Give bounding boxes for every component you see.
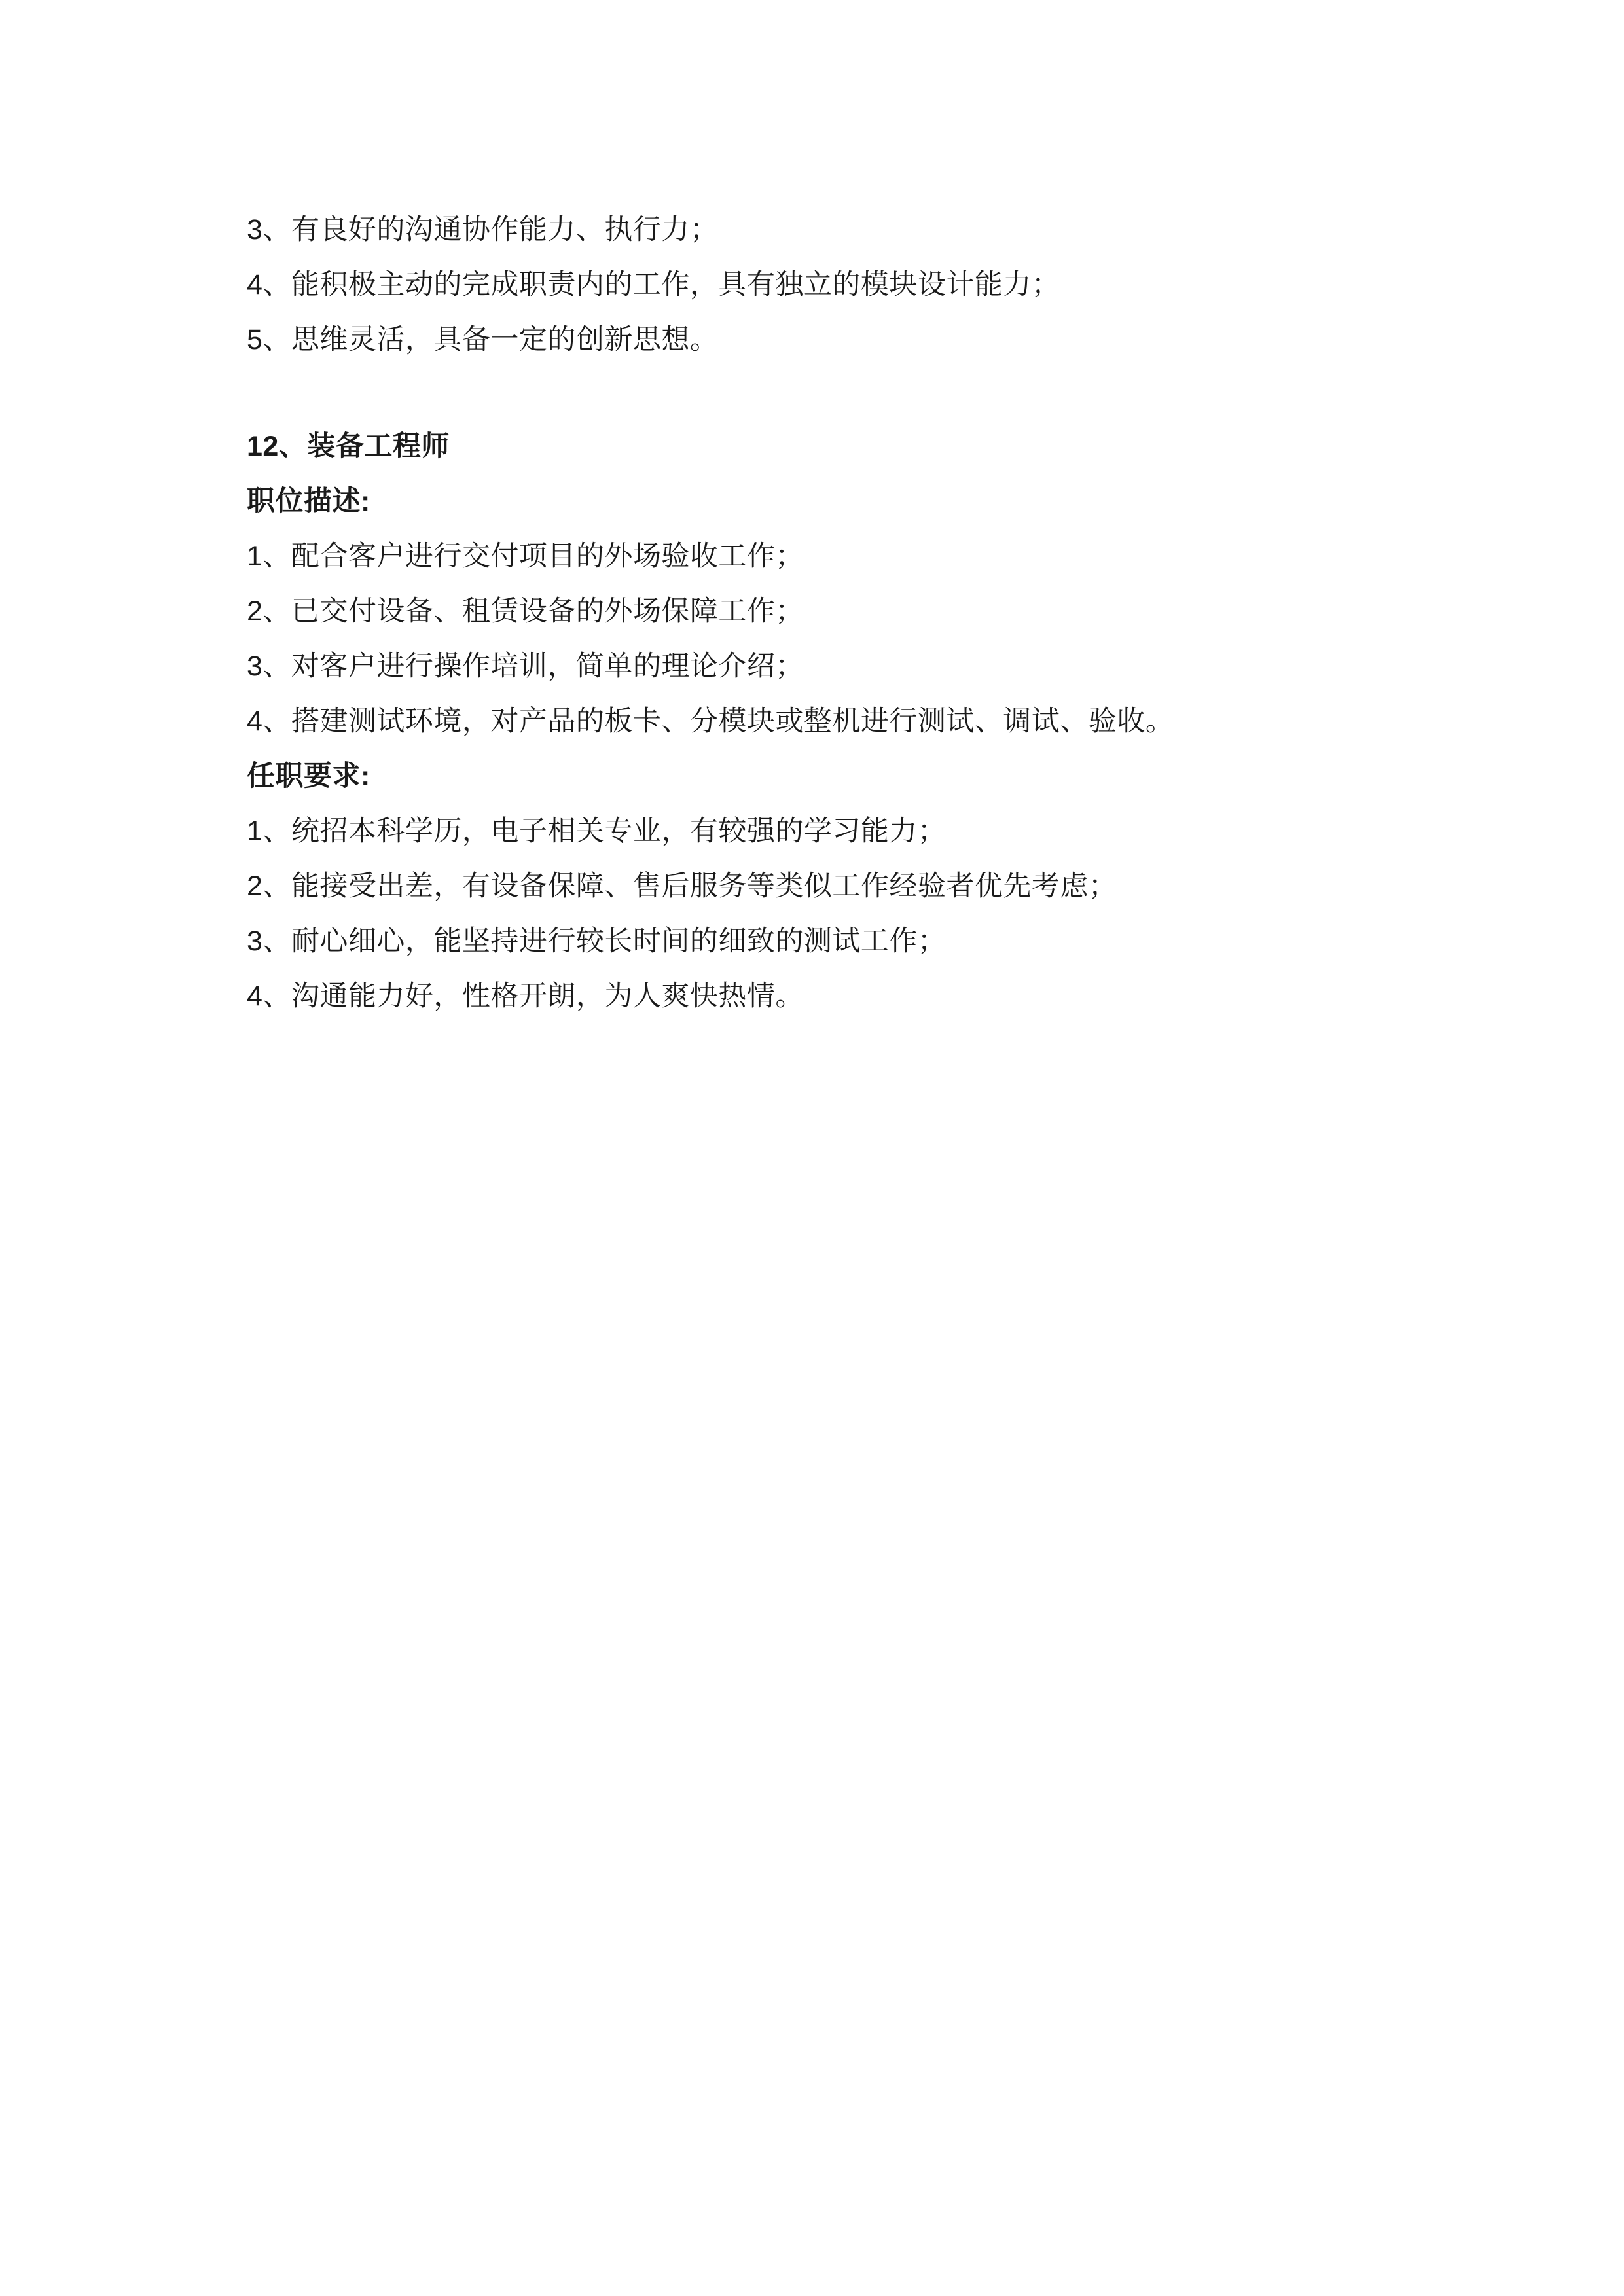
list-item-requirement-3: 3、耐心细心，能坚持进行较长时间的细致的测试工作； bbox=[247, 914, 1388, 969]
document-body: 3、有良好的沟通协作能力、执行力； 4、能积极主动的完成职责内的工作，具有独立的… bbox=[0, 0, 1624, 1024]
section-heading-job-title: 12、装备工程师 bbox=[247, 419, 1388, 474]
document-page: 3、有良好的沟通协作能力、执行力； 4、能积极主动的完成职责内的工作，具有独立的… bbox=[0, 0, 1624, 2296]
subheading-job-description: 职位描述: bbox=[247, 474, 1388, 529]
list-item-duty-4: 4、搭建测试环境，对产品的板卡、分模块或整机进行测试、调试、验收。 bbox=[247, 694, 1388, 749]
list-item-requirement-2: 2、能接受出差，有设备保障、售后服务等类似工作经验者优先考虑； bbox=[247, 859, 1388, 914]
list-item-prev-requirement-4: 4、能积极主动的完成职责内的工作，具有独立的模块设计能力； bbox=[247, 257, 1388, 312]
list-item-duty-1: 1、配合客户进行交付项目的外场验收工作； bbox=[247, 529, 1388, 584]
paragraph-spacer bbox=[247, 367, 1388, 419]
subheading-job-requirements: 任职要求: bbox=[247, 749, 1388, 804]
list-item-requirement-4: 4、沟通能力好，性格开朗，为人爽快热情。 bbox=[247, 969, 1388, 1024]
list-item-duty-3: 3、对客户进行操作培训，简单的理论介绍； bbox=[247, 639, 1388, 694]
list-item-prev-requirement-3: 3、有良好的沟通协作能力、执行力； bbox=[247, 202, 1388, 257]
list-item-duty-2: 2、已交付设备、租赁设备的外场保障工作； bbox=[247, 584, 1388, 639]
list-item-prev-requirement-5: 5、思维灵活，具备一定的创新思想。 bbox=[247, 312, 1388, 367]
list-item-requirement-1: 1、统招本科学历，电子相关专业，有较强的学习能力； bbox=[247, 804, 1388, 859]
